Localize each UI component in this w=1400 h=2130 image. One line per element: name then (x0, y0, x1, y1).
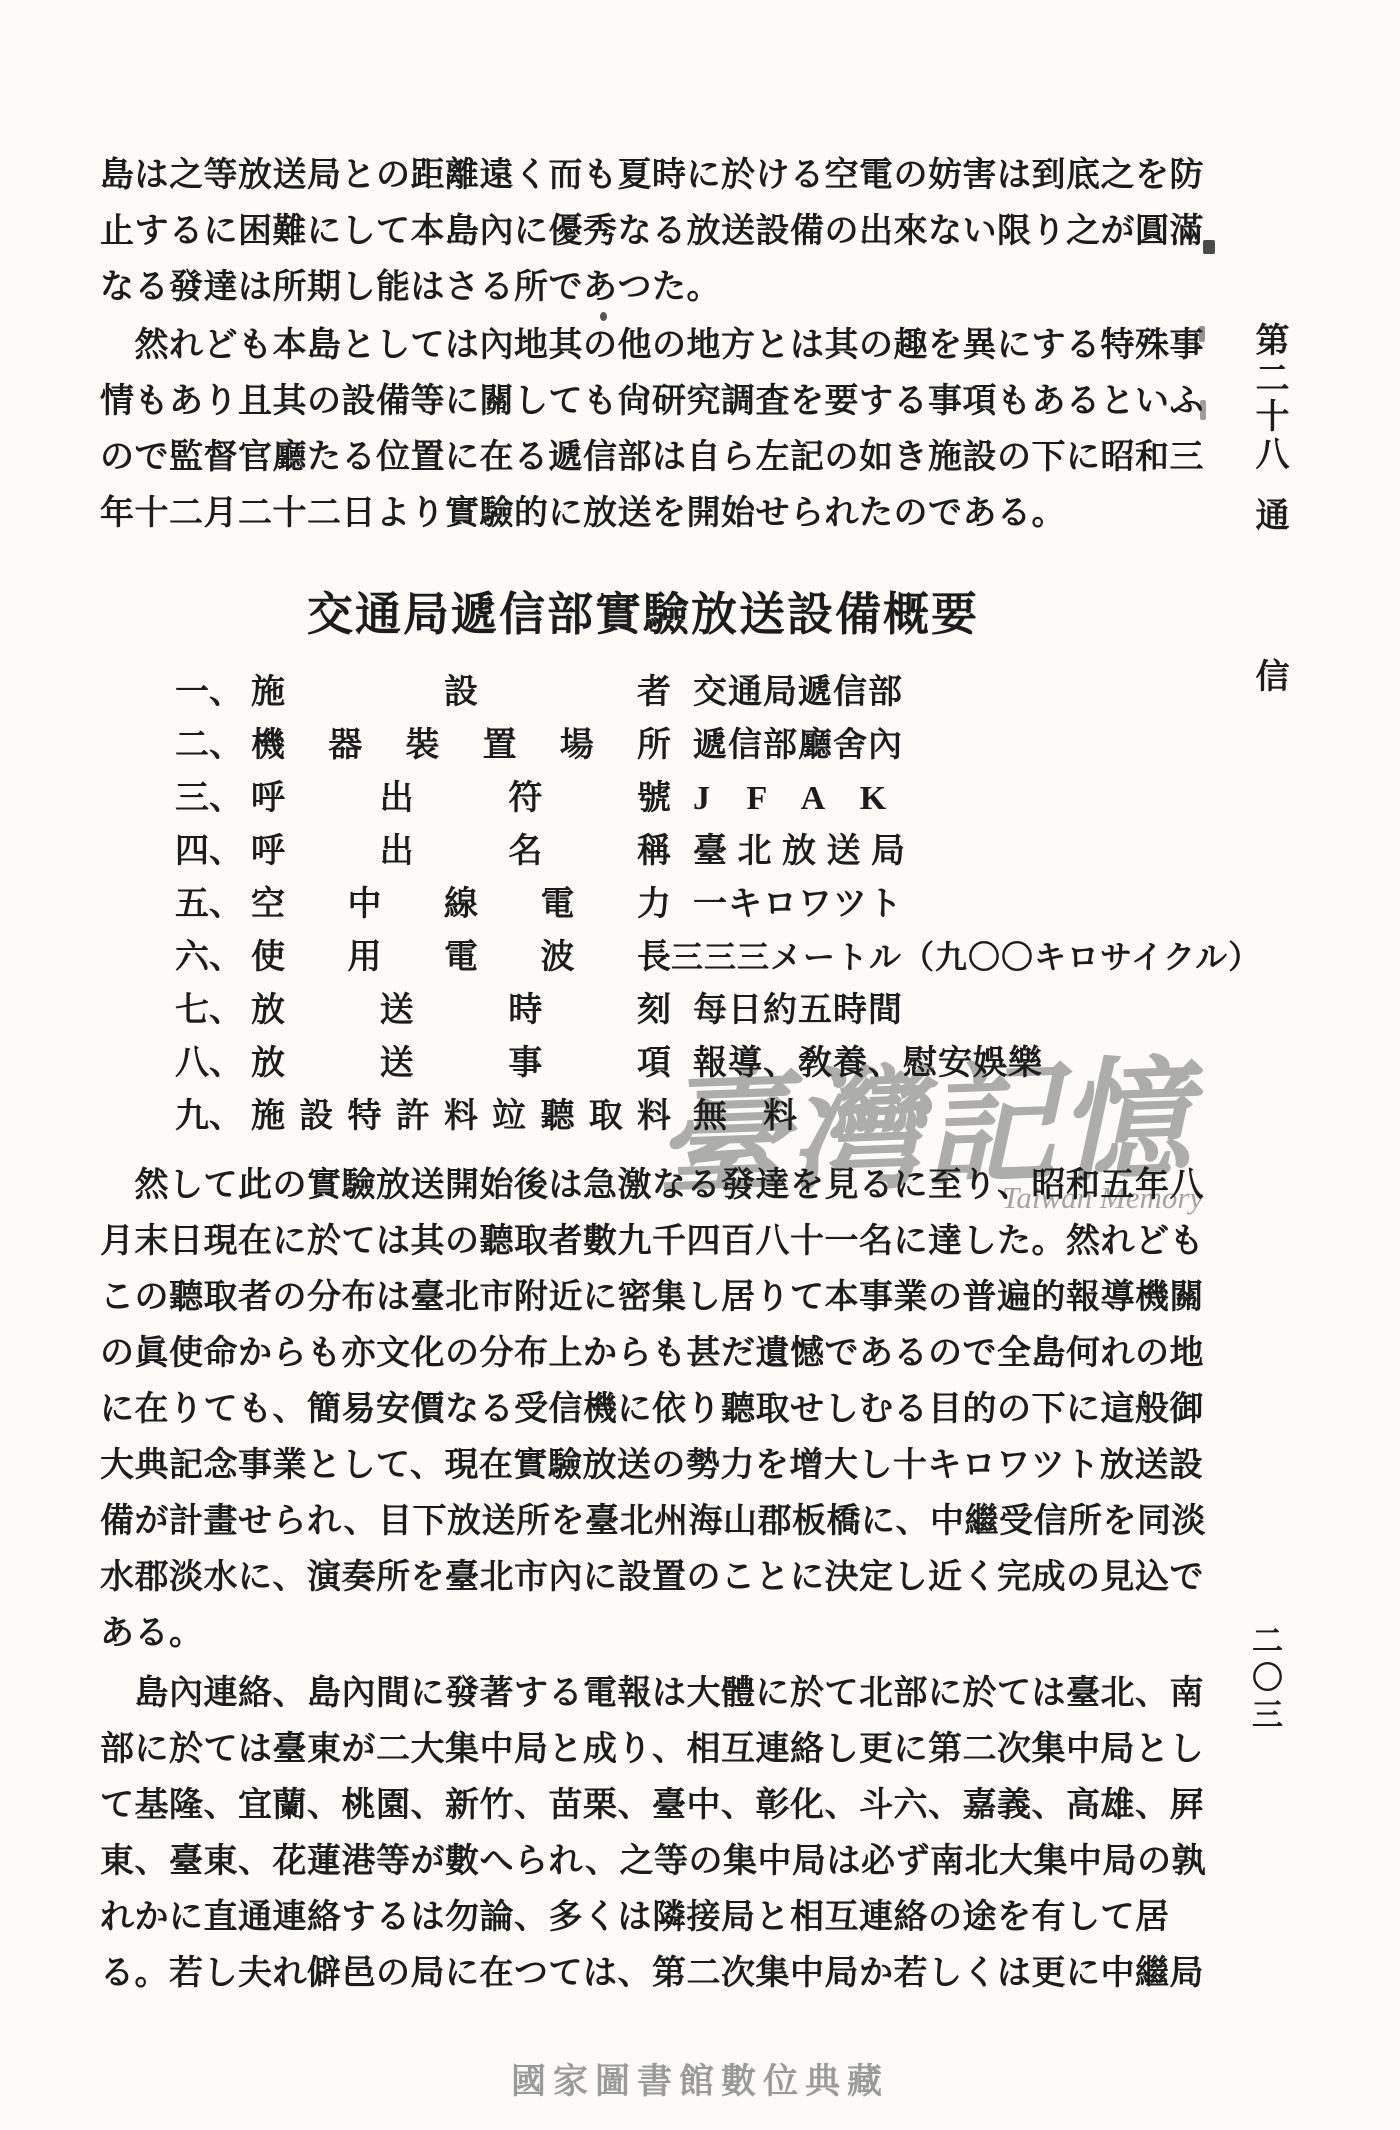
list-item-number: 八、 (175, 1037, 251, 1090)
text-line: この聽取者の分布は臺北市附近に密集し居りて本事業の普遍的報導機關 (100, 1270, 1186, 1326)
spec-list-item: 三、呼出符號J F A K (175, 772, 1295, 825)
list-item-number: 九、 (175, 1090, 251, 1143)
list-item-value: 三三三メートル（九〇〇キロサイクル） (671, 931, 1261, 984)
list-item-number: 一、 (175, 666, 251, 719)
text-line: 月末日現在に於ては其の聽取者數九千四百八十一名に達した。然れども (100, 1214, 1186, 1270)
list-item-label: 機器裝置場所 (251, 719, 671, 772)
list-item-label: 使用電波長 (251, 931, 671, 984)
text-line: ので監督官廳たる位置に在る遞信部は自ら左記の如き施設の下に昭和三 (100, 430, 1186, 486)
list-item-number: 四、 (175, 825, 251, 878)
text-line: 島は之等放送局との距離遠く而も夏時に於ける空電の妨害は到底之を防 (100, 148, 1186, 204)
margin-section-char: 信 (1244, 658, 1293, 696)
list-item-label: 施設特許料竝聽取料 (251, 1090, 671, 1143)
spec-list-item: 四、呼出名稱臺 北 放 送 局 (175, 825, 1295, 878)
list-item-label: 施設者 (251, 666, 671, 719)
margin-section-char: 通 (1244, 497, 1293, 535)
paragraph: 島內連絡、島內間に發著する電報は大體に於て北部に於ては臺北、南 部に於ては臺東が… (100, 1666, 1186, 2002)
margin-chapter-label: 第二十八 (1244, 322, 1293, 474)
section-heading: 交通局遞信部實驗放送設備概要 (100, 578, 1186, 644)
list-item-label: 空中線電力 (251, 878, 671, 931)
text-line: れかに直通連絡するは勿論、多くは隣接局と相互連絡の途を有して居 (100, 1890, 1186, 1946)
text-line: て基隆、宜蘭、桃園、新竹、苗栗、臺中、彰化、斗六、嘉義、高雄、屛 (100, 1778, 1186, 1834)
paragraph: 然れども本島としては內地其の他の地方とは其の趣を異にする特殊事 情もあり且其の設… (100, 318, 1186, 542)
list-item-number: 三、 (175, 772, 251, 825)
text-line: なる發達は所期し能はさる所であつた。 (100, 260, 1186, 316)
text-line: 水郡淡水に、演奏所を臺北市內に設置のことに決定し近く完成の見込で (100, 1550, 1186, 1606)
scanned-page: 臺灣記憶 Taiwan Memory 島は之等放送局との距離遠く而も夏時に於ける… (0, 0, 1400, 2130)
paragraph: 然して此の實驗放送開始後は急激なる發達を見るに至り、昭和五年八 月末日現在に於て… (100, 1158, 1186, 1662)
list-item-value: 無 料 (693, 1090, 798, 1143)
list-item-value: 臺 北 放 送 局 (693, 825, 906, 878)
list-item-value: 每日約五時間 (693, 984, 903, 1037)
page-number: 二〇三 (1242, 1624, 1287, 1735)
text-line: 然れども本島としては內地其の他の地方とは其の趣を異にする特殊事 (100, 318, 1186, 374)
list-item-label: 呼出符號 (251, 772, 671, 825)
spec-list-item: 六、使用電波長三三三メートル（九〇〇キロサイクル） (175, 931, 1295, 984)
text-line: 然して此の實驗放送開始後は急激なる發達を見るに至り、昭和五年八 (100, 1158, 1186, 1214)
text-line: 止するに困難にして本島內に優秀なる放送設備の出來ない限り之が圓滿 (100, 204, 1186, 260)
list-item-number: 五、 (175, 878, 251, 931)
paragraph: 島は之等放送局との距離遠く而も夏時に於ける空電の妨害は到底之を防 止するに困難に… (100, 148, 1186, 316)
list-item-label: 放送事項 (251, 1037, 671, 1090)
list-item-value: J F A K (693, 772, 900, 825)
text-line: 部に於ては臺東が二大集中局と成り、相互連絡し更に第二次集中局とし (100, 1722, 1186, 1778)
text-line: に在りても、簡易安價なる受信機に依り聽取せしむる目的の下に這般御 (100, 1382, 1186, 1438)
list-item-number: 六、 (175, 931, 251, 984)
list-item-value: 交通局遞信部 (693, 666, 903, 719)
spec-list-item: 二、機器裝置場所遞信部廳舍內 (175, 719, 1295, 772)
spec-list-item: 五、空中線電力一キロワツト (175, 878, 1295, 931)
spec-list: 一、施設者交通局遞信部 二、機器裝置場所遞信部廳舍內 三、呼出符號J F A K… (175, 666, 1295, 1143)
text-line: る。若し夫れ僻邑の局に在つては、第二次集中局か若しくは更に中繼局 (100, 1946, 1186, 2002)
list-item-label: 呼出名稱 (251, 825, 671, 878)
list-item-value: 遞信部廳舍內 (693, 719, 903, 772)
text-line: 島內連絡、島內間に發著する電報は大體に於て北部に於ては臺北、南 (100, 1666, 1186, 1722)
library-footer: 國家圖書館數位典藏 (0, 2054, 1400, 2104)
text-line: 備が計畫せられ、目下放送所を臺北州海山郡板橋に、中繼受信所を同淡 (100, 1494, 1186, 1550)
text-line: の眞使命からも亦文化の分布上からも甚だ遺憾であるので全島何れの地 (100, 1326, 1186, 1382)
text-line: ある。 (100, 1606, 1186, 1662)
list-item-number: 七、 (175, 984, 251, 1037)
spec-list-item: 八、放送事項報導、敎養、慰安娛樂 (175, 1037, 1295, 1090)
text-line: 情もあり且其の設備等に關しても尙研究調査を要する事項もあるといふ (100, 374, 1186, 430)
list-item-value: 報導、敎養、慰安娛樂 (693, 1037, 1043, 1090)
ink-speck (1203, 240, 1215, 254)
text-line: 大典記念事業として、現在實驗放送の勢力を增大し十キロワツト放送設 (100, 1438, 1186, 1494)
spec-list-item: 一、施設者交通局遞信部 (175, 666, 1295, 719)
text-line: 年十二月二十二日より實驗的に放送を開始せられたのである。 (100, 486, 1186, 542)
list-item-label: 放送時刻 (251, 984, 671, 1037)
list-item-number: 二、 (175, 719, 251, 772)
spec-list-item: 九、施設特許料竝聽取料無 料 (175, 1090, 1295, 1143)
spec-list-item: 七、放送時刻每日約五時間 (175, 984, 1295, 1037)
list-item-value: 一キロワツト (693, 878, 903, 931)
text-line: 東、臺東、花蓮港等が數へられ、之等の集中局は必ず南北大集中局の孰 (100, 1834, 1186, 1890)
